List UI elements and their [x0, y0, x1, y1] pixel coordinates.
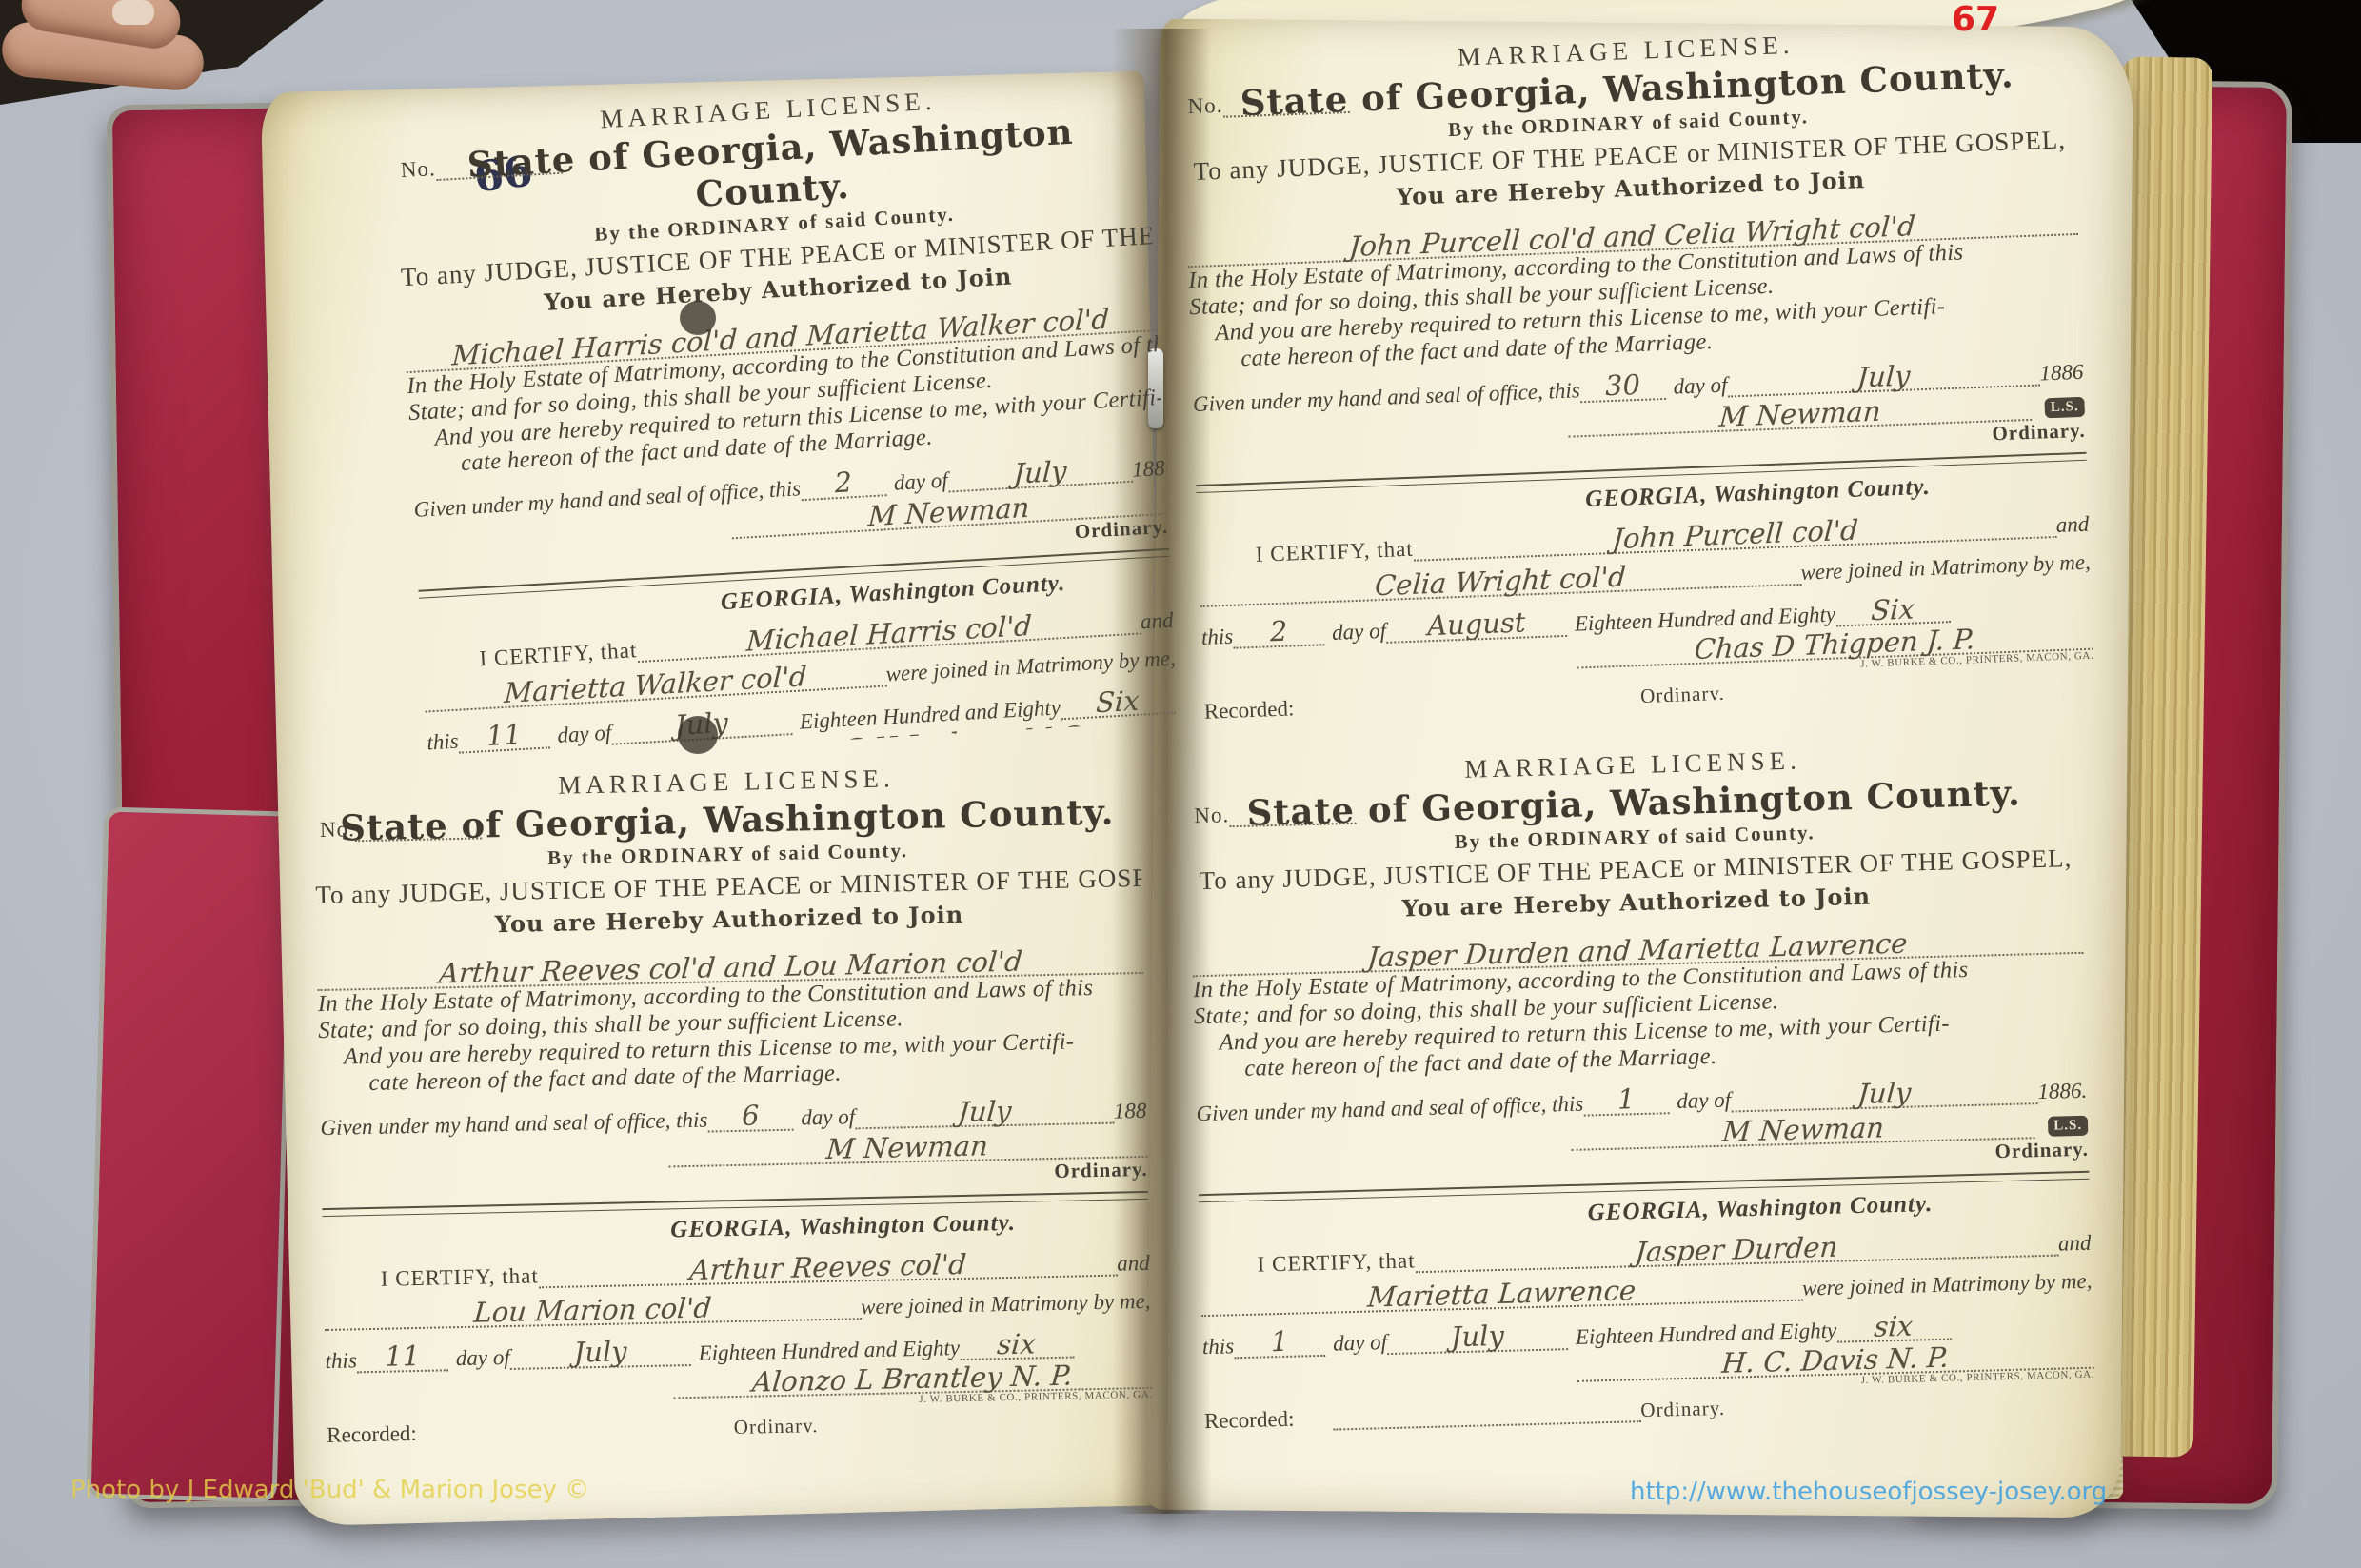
joined-label: were joined in Matrimony by me,	[861, 1289, 1151, 1320]
round-ink-stamp	[680, 301, 716, 335]
ceremony-month-handwriting: July	[1450, 1320, 1504, 1353]
ceremony-day-blank: 11	[458, 719, 551, 753]
issue-day-handwriting: 1	[1617, 1082, 1636, 1115]
bride-name-handwriting: Lou Marion col'd	[472, 1294, 712, 1326]
bride-name-handwriting: Celia Wright col'd	[1374, 564, 1626, 601]
certify-label: I CERTIFY, that	[422, 638, 638, 675]
issue-month-handwriting: July	[1013, 458, 1067, 488]
ceremony-day-handwriting: 2	[1269, 615, 1288, 648]
certify-label: I CERTIFY, that	[1200, 1248, 1416, 1279]
day-of-label: day of	[1673, 373, 1728, 400]
ordinary-label: Ordinary.	[1992, 419, 2086, 447]
joined-label: were joined in Matrimony by me,	[885, 646, 1176, 687]
bride-name-handwriting: Marietta Walker col'd	[504, 663, 807, 707]
certify-label: I CERTIFY, that	[1198, 537, 1414, 569]
bride-name-line: Lou Marion col'd	[324, 1291, 861, 1331]
groom-name-handwriting: Michael Harris col'd	[745, 612, 1032, 656]
issue-day-blank: 30	[1579, 370, 1666, 403]
ceremony-month-blank: August	[1385, 607, 1567, 644]
license-right-top: No. MARRIAGE LICENSE. State of Georgia, …	[1180, 20, 2094, 719]
recorded-label: Recorded:	[1203, 696, 1294, 718]
ceremony-year-handwriting: six	[1874, 1313, 1915, 1341]
ceremony-year-blank: Six	[1060, 685, 1175, 721]
round-ink-stamp	[678, 716, 718, 754]
marriage-license-form: No. MARRIAGE LICENSE. State of Georgia, …	[1187, 739, 2095, 1438]
seal-ls-stamp: L.S.	[2048, 1116, 2088, 1137]
fingernail	[112, 0, 154, 25]
license-left-top: No. MARRIAGE LICENSE. State of Georgia, …	[392, 74, 1180, 763]
ceremony-day-handwriting: 11	[486, 718, 523, 752]
and-label: and	[2058, 1231, 2092, 1257]
issue-year: 188	[1131, 456, 1165, 483]
seal-ls-stamp: L.S.	[2045, 397, 2086, 419]
recorded-label: Recorded:	[1204, 1407, 1295, 1434]
joined-label: were joined in Matrimony by me,	[1802, 1269, 2093, 1301]
issue-year: 1886	[2039, 360, 2084, 387]
certify-label: I CERTIFY, that	[324, 1263, 539, 1293]
and-label: and	[1140, 608, 1174, 635]
ceremony-month-handwriting: July	[573, 1335, 627, 1368]
bride-name-handwriting: Marietta Lawrence	[1366, 1277, 1637, 1311]
issue-day-handwriting: 2	[834, 466, 853, 499]
officiant-signature-handwriting: Alonzo L Brantley N. P.	[751, 1362, 1074, 1397]
ceremony-day-of-label: day of	[1333, 1330, 1388, 1356]
issue-month-blank: July	[855, 1096, 1114, 1130]
georgia-county-label: GEORGIA, Washington County.	[1587, 1191, 1933, 1226]
georgia-county-label: GEORGIA, Washington County.	[1585, 474, 1932, 513]
photographer-watermark: Photo by J Edward 'Bud' & Marion Josey ©	[70, 1476, 589, 1504]
given-under-hand-label: Given under my hand and seal of office, …	[320, 1108, 707, 1141]
groom-name-line: Jasper Durden	[1415, 1228, 2058, 1274]
ordinary-signature-handwriting: M Newman	[825, 1132, 989, 1163]
bride-row: Lou Marion col'd were joined in Matrimon…	[324, 1285, 1150, 1331]
issue-day-blank: 6	[707, 1102, 794, 1133]
license-number-label: No.	[400, 156, 436, 183]
this-label: this	[1201, 625, 1234, 650]
ceremony-day-handwriting: 1	[1270, 1325, 1288, 1358]
issue-day-blank: 2	[800, 466, 887, 501]
and-label: and	[1117, 1251, 1150, 1277]
issue-month-blank: July	[1731, 1076, 2038, 1112]
recorded-ordinary-label: Ordinary.	[1640, 1397, 1725, 1422]
recorded-label: Recorded:	[327, 1421, 417, 1442]
ceremony-year-blank: six	[960, 1330, 1075, 1361]
ceremony-year-handwriting: Six	[1870, 595, 1915, 625]
day-of-label: day of	[801, 1104, 855, 1130]
given-under-hand-label: Given under my hand and seal of office, …	[1196, 1092, 1583, 1127]
issue-day-handwriting: 30	[1604, 368, 1640, 402]
ordinary-label: Ordinary.	[1994, 1138, 2089, 1164]
ordinary-signature-handwriting: M Newman	[1721, 1114, 1885, 1146]
this-label: this	[1202, 1334, 1235, 1360]
ceremony-day-of-label: day of	[456, 1345, 510, 1371]
marriage-license-form: No. MARRIAGE LICENSE. State of Georgia, …	[1180, 20, 2094, 719]
ceremony-year-blank: Six	[1835, 594, 1951, 626]
license-left-bottom: No. MARRIAGE LICENSE. State of Georgia, …	[313, 759, 1153, 1442]
ceremony-day-blank: 1	[1234, 1327, 1326, 1360]
ceremony-day-blank: 11	[356, 1341, 448, 1373]
and-label: and	[2055, 512, 2089, 538]
ceremony-day-handwriting: 11	[385, 1340, 421, 1373]
license-number-label: No.	[1187, 93, 1223, 119]
book-cover-left-corner	[87, 807, 295, 1503]
marriage-license-form: No. MARRIAGE LICENSE. State of Georgia, …	[392, 74, 1180, 763]
georgia-county-label: GEORGIA, Washington County.	[670, 1210, 1016, 1244]
issue-day-blank: 1	[1583, 1084, 1670, 1116]
issue-month-blank: July	[947, 454, 1133, 493]
license-number-label: No.	[320, 817, 355, 843]
marriage-license-form: No. MARRIAGE LICENSE. State of Georgia, …	[313, 759, 1153, 1442]
bride-name-line: Marietta Lawrence	[1200, 1273, 1802, 1318]
ceremony-month-blank: July	[509, 1337, 691, 1370]
issue-year: 1886.	[2037, 1079, 2087, 1104]
groom-name-line: Arthur Reeves col'd	[538, 1248, 1117, 1289]
ceremony-month-blank: July	[1387, 1320, 1569, 1355]
issue-month-handwriting: July	[957, 1098, 1012, 1126]
issue-day-handwriting: 6	[742, 1099, 760, 1131]
groom-name-handwriting: Jasper Durden	[1635, 1234, 1839, 1267]
day-of-label: day of	[893, 468, 948, 496]
photo-scene: B D E F G H I J L M N O P Q R T U V W X …	[0, 0, 2361, 1568]
ceremony-day-of-label: day of	[1332, 619, 1387, 645]
ceremony-year-handwriting: six	[996, 1330, 1037, 1359]
issue-month-blank: July	[1727, 358, 2040, 398]
issue-month-handwriting: July	[1856, 1080, 1912, 1109]
ceremony-day-of-label: day of	[557, 721, 612, 748]
license-right-bottom: No. MARRIAGE LICENSE. State of Georgia, …	[1187, 739, 2095, 1438]
officiant-signature-handwriting: H. C. Davis N. P.	[1721, 1344, 1951, 1378]
photo-page-number-67: 67	[1952, 0, 1999, 39]
day-of-label: day of	[1677, 1088, 1732, 1114]
certify-groom-row: I CERTIFY, that Arthur Reeves col'd and	[324, 1247, 1150, 1293]
this-label: this	[427, 729, 460, 756]
this-label: this	[325, 1348, 357, 1374]
groom-name-handwriting: Arthur Reeves col'd	[688, 1251, 967, 1284]
ordinary-label: Ordinary.	[1054, 1158, 1148, 1183]
ordinary-label: Ordinary.	[1074, 515, 1169, 544]
joined-label: were joined in Matrimony by me,	[1800, 550, 2091, 586]
ceremony-year-blank: six	[1836, 1312, 1952, 1343]
ceremony-month-handwriting: August	[1426, 605, 1526, 642]
ceremony-year-handwriting: Six	[1095, 687, 1140, 718]
license-number-label: No.	[1194, 803, 1230, 828]
website-watermark: http://www.thehouseofjossey-josey.org	[1630, 1478, 2107, 1506]
ordinary-signature-handwriting: M Newman	[1718, 398, 1882, 431]
license-number-row: No.	[320, 814, 483, 843]
license-number-row: No.	[1194, 800, 1357, 828]
groom-name-handwriting: John Purcell col'd	[1611, 517, 1858, 554]
issue-year: 188	[1114, 1099, 1147, 1124]
ceremony-day-blank: 2	[1233, 616, 1325, 648]
given-under-hand-label: Given under my hand and seal of office, …	[1193, 378, 1581, 417]
issue-month-handwriting: July	[1855, 362, 1911, 391]
